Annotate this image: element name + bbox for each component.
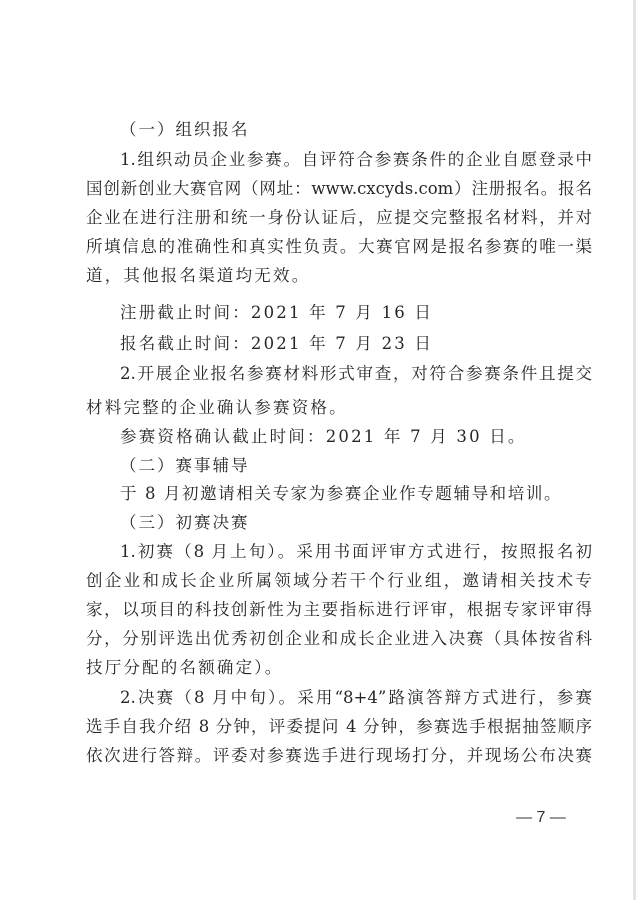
- paragraph-line: 选手自我介绍 8 分钟，评委提问 4 分钟，参赛选手根据抽签顺序: [86, 715, 592, 739]
- section-heading-3: （三）初赛决赛: [120, 511, 626, 535]
- paragraph-line: 1.组织动员企业参赛。自评符合参赛条件的企业自愿登录中: [120, 148, 592, 172]
- paragraph-line: 技厅分配的名额确定）。: [86, 656, 592, 680]
- paragraph-line: 国创新创业大赛官网（网址：www.cxcyds.com）注册报名。报名: [86, 177, 592, 201]
- paragraph-line: 于 8 月初邀请相关专家为参赛企业作专题辅导和培训。: [120, 482, 592, 506]
- document-page: （一）组织报名 1.组织动员企业参赛。自评符合参赛条件的企业自愿登录中 国创新创…: [0, 0, 636, 900]
- qualification-deadline: 参赛资格确认截止时间：2021 年 7 月 30 日。: [120, 425, 592, 449]
- page-number: — 7 —: [516, 807, 566, 829]
- section-heading-1: （一）组织报名: [120, 118, 626, 142]
- paragraph-line: 道，其他报名渠道均无效。: [86, 264, 592, 288]
- section-heading-2: （二）赛事辅导: [120, 454, 626, 478]
- paragraph-line: 分，分别评选出优秀初创企业和成长企业进入决赛（具体按省科: [86, 627, 592, 651]
- registration-deadline: 注册截止时间：2021 年 7 月 16 日: [120, 301, 592, 325]
- paragraph-line: 1.初赛（8 月上旬）。采用书面评审方式进行，按照报名初: [120, 540, 592, 564]
- paragraph-line: 所填信息的准确性和真实性负责。大赛官网是报名参赛的唯一渠: [86, 235, 592, 259]
- signup-deadline: 报名截止时间：2021 年 7 月 23 日: [120, 332, 592, 356]
- paragraph-line: 2.开展企业报名参赛材料形式审查，对符合参赛条件且提交: [120, 362, 592, 386]
- paragraph-line: 依次进行答辩。评委对参赛选手进行现场打分，并现场公布决赛: [86, 744, 592, 768]
- paragraph-line: 材料完整的企业确认参赛资格。: [86, 396, 592, 420]
- paragraph-line: 创企业和成长企业所属领域分若干个行业组，邀请相关技术专: [86, 569, 592, 593]
- paragraph-line: 企业在进行注册和统一身份认证后，应提交完整报名材料，并对: [86, 206, 592, 230]
- paragraph-line: 2.决赛（8 月中旬）。采用“8+4”路演答辩方式进行，参赛: [120, 686, 592, 710]
- paragraph-line: 家，以项目的科技创新性为主要指标进行评审，根据专家评审得: [86, 598, 592, 622]
